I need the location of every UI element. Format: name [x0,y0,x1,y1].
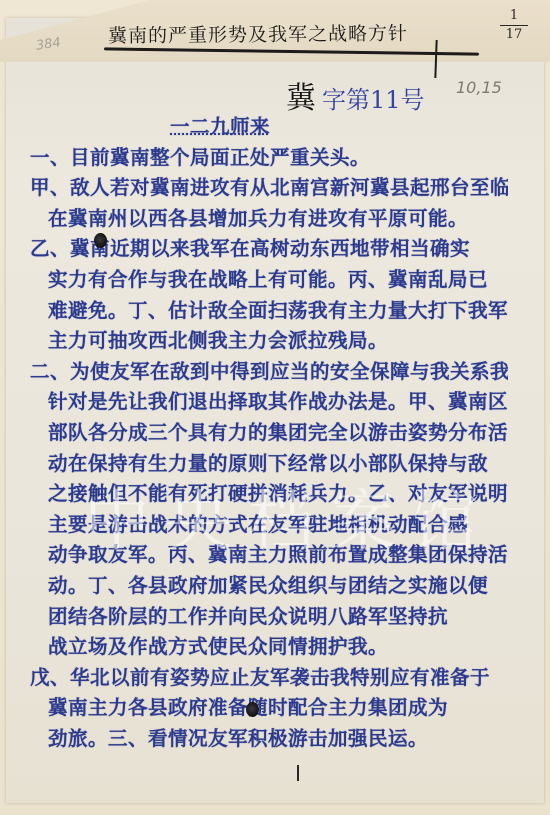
document-number-label: 字第 [322,86,370,114]
handwritten-body: 一二九师来 一、目前冀南整个局面正处严重关头。 甲、敌人若对冀南进攻有从北南宫新… [30,112,508,754]
document-number-value: 11 [370,86,401,114]
body-line: 针对是先让我们退出择取其作战办法是。甲、冀南区有平原的 [30,387,508,418]
body-line: 二、为使友军在敌到中得到应当的安全保障与我关系我们之 [30,357,508,388]
body-line: 在冀南州以西各县增加兵力有进攻有平原可能。 [30,204,508,235]
body-line: 一、目前冀南整个局面正处严重关头。 [30,143,508,174]
body-line: 团结各阶层的工作并向民众说明八路军坚持抗 [30,602,508,633]
body-line: 战立场及作战方式使民众同情拥护我。 [30,632,508,663]
body-line: 甲、敌人若对冀南进攻有从北南宫新河冀县起邢台至临清线 [30,173,508,204]
document-number-suffix: 号 [401,86,425,114]
body-line: 部队各分成三个具有力的集团完全以游击姿势分布活 [30,418,508,449]
body-line: 冀南主力各县政府准备随时配合主力集团成为 [30,693,508,724]
punch-hole-bottom [246,702,259,717]
body-line: 难避免。丁、估计敌全面扫荡我有主力量大打下我军 [30,296,508,327]
punch-hole-top [94,233,107,248]
body-heading: 一二九师来 [30,112,508,143]
folio-numerator: 1 [500,8,528,24]
pencil-date: 10,15 [456,78,502,97]
page-number-mark: 1 [297,765,299,781]
folio-bar [500,25,528,26]
body-line: 动。丁、各县政府加紧民众组织与团结之实施以便 [30,571,508,602]
document-title: 冀南的严重形势及我军之战略方针 [108,19,408,49]
body-line: 劲旅。三、看情况友军积极游击加强民运。 [30,724,508,755]
body-line: 动在保持有生力量的原则下经常以小部队保持与敌 [30,449,508,480]
body-line: 之接触但不能有死打硬拼消耗兵力。乙、对友军说明 [30,479,508,510]
document-number: 冀字第11号 [286,73,425,117]
body-line: 动争取友军。丙、冀南主力照前布置成整集团保持活 [30,540,508,571]
body-line: 主要是游击战术的方式在友军驻地相机动配合感 [30,510,508,541]
folio-denominator: 17 [500,27,528,43]
body-line: 戊、华北以前有姿势应止友军袭击我特别应有准备于 [30,663,508,694]
body-line: 主力可抽攻西北侧我主力会派拉残局。 [30,326,508,357]
folio-fraction: 1 17 [500,8,528,43]
document-number-prefix: 冀 [286,81,316,116]
body-line: 实力有合作与我在战略上有可能。丙、冀南乱局已 [30,265,508,296]
